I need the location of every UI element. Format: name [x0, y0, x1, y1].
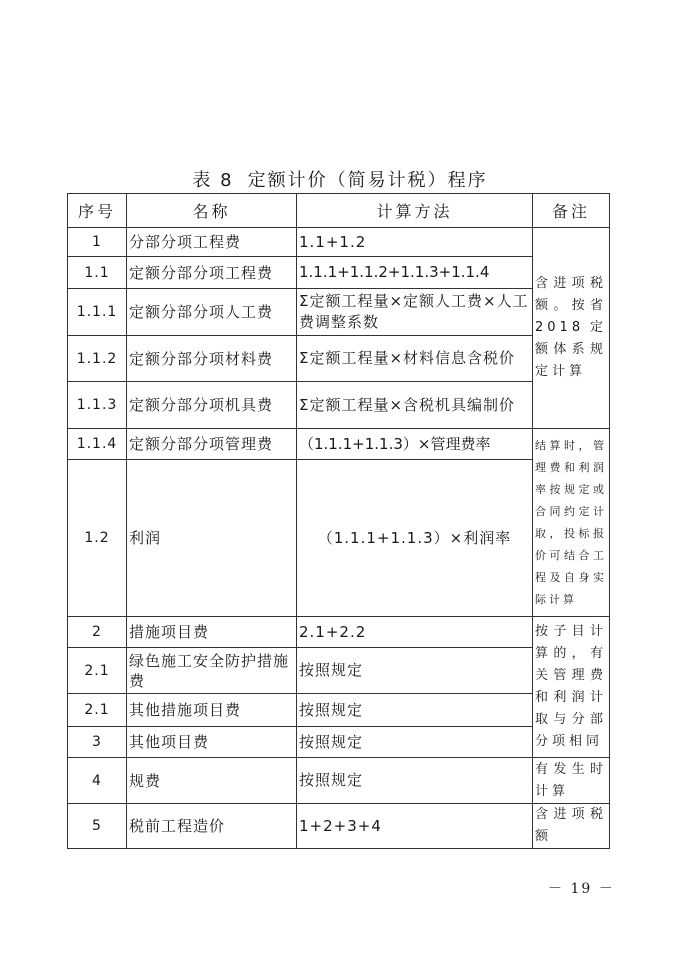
row-no: 1.1.2: [68, 336, 127, 382]
row-method: （1.1.1+1.1.3）×利润率: [297, 460, 533, 617]
table-number: 表 8: [192, 170, 233, 191]
header-no: 序号: [68, 194, 127, 228]
row-method: 2.1+2.2: [297, 617, 533, 648]
table-row: 1.1.2 定额分部分项材料费 Σ定额工程量×材料信息含税价: [68, 336, 610, 382]
row-no: 2: [68, 617, 127, 648]
row-method: （1.1.1+1.1.3）×管理费率: [297, 429, 533, 460]
header-row: 序号 名称 计算方法 备注: [68, 194, 610, 228]
table-row: 1.1.1 定额分部分项人工费 Σ定额工程量×定额人工费×人工费调整系数: [68, 289, 610, 336]
header-name: 名称: [127, 194, 297, 228]
row-remark: 有发生时计算: [533, 758, 610, 804]
row-name: 利润: [127, 460, 297, 617]
table-row: 5 税前工程造价 1+2+3+4 含进项税额: [68, 804, 610, 849]
table-title-text: 定额计价（简易计税）程序: [248, 170, 488, 191]
header-remark: 备注: [533, 194, 610, 228]
row-method: 按照规定: [297, 727, 533, 758]
row-name: 其他措施项目费: [127, 694, 297, 727]
row-method: 1+2+3+4: [297, 804, 533, 849]
table-row: 2.1 绿色施工安全防护措施费 按照规定: [68, 648, 610, 694]
row-name: 定额分部分项人工费: [127, 289, 297, 336]
row-name: 绿色施工安全防护措施费: [127, 648, 297, 694]
row-method: Σ定额工程量×定额人工费×人工费调整系数: [297, 289, 533, 336]
row-method: 按照规定: [297, 694, 533, 727]
row-remark: 含进项税额: [533, 804, 610, 849]
table-row: 1.1 定额分部分项工程费 1.1.1+1.1.2+1.1.3+1.1.4: [68, 257, 610, 289]
table-row: 4 规费 按照规定 有发生时计算: [68, 758, 610, 804]
row-name: 定额分部分项机具费: [127, 382, 297, 429]
table-row: 3 其他项目费 按照规定: [68, 727, 610, 758]
row-method: 按照规定: [297, 648, 533, 694]
pricing-procedure-table: 序号 名称 计算方法 备注 1 分部分项工程费 1.1+1.2 含进项税额。按省…: [67, 193, 610, 849]
table-row: 2.1 其他措施项目费 按照规定: [68, 694, 610, 727]
table-row: 1 分部分项工程费 1.1+1.2 含进项税额。按省2018定额体系规定计算: [68, 228, 610, 257]
row-name: 分部分项工程费: [127, 228, 297, 257]
row-no: 1: [68, 228, 127, 257]
table-row: 1.2 利润 （1.1.1+1.1.3）×利润率: [68, 460, 610, 617]
row-method: 1.1+1.2: [297, 228, 533, 257]
row-no: 1.1: [68, 257, 127, 289]
row-remark: 含进项税额。按省2018定额体系规定计算: [533, 228, 610, 429]
row-name: 其他项目费: [127, 727, 297, 758]
row-method: Σ定额工程量×含税机具编制价: [297, 382, 533, 429]
row-no: 3: [68, 727, 127, 758]
table-row: 1.1.4 定额分部分项管理费 （1.1.1+1.1.3）×管理费率 结算时，管…: [68, 429, 610, 460]
row-method: Σ定额工程量×材料信息含税价: [297, 336, 533, 382]
row-no: 2.1: [68, 694, 127, 727]
row-name: 税前工程造价: [127, 804, 297, 849]
row-method: 1.1.1+1.1.2+1.1.3+1.1.4: [297, 257, 533, 289]
row-no: 1.1.1: [68, 289, 127, 336]
row-name: 定额分部分项工程费: [127, 257, 297, 289]
table-title: 表 8定额计价（简易计税）程序: [0, 166, 680, 192]
row-name: 措施项目费: [127, 617, 297, 648]
row-name: 定额分部分项材料费: [127, 336, 297, 382]
table-row: 2 措施项目费 2.1+2.2 按子目计算的，有关管理费和利润计取与分部分项相同: [68, 617, 610, 648]
row-method: 按照规定: [297, 758, 533, 804]
row-no: 1.1.3: [68, 382, 127, 429]
row-no: 1.1.4: [68, 429, 127, 460]
row-remark: 结算时，管理费和利润率按规定或合同约定计取，投标报价可结合工程及自身实际计算: [533, 429, 610, 617]
row-remark: 按子目计算的，有关管理费和利润计取与分部分项相同: [533, 617, 610, 758]
row-no: 2.1: [68, 648, 127, 694]
header-method: 计算方法: [297, 194, 533, 228]
row-name: 规费: [127, 758, 297, 804]
row-no: 5: [68, 804, 127, 849]
row-name: 定额分部分项管理费: [127, 429, 297, 460]
row-no: 4: [68, 758, 127, 804]
row-no: 1.2: [68, 460, 127, 617]
table-row: 1.1.3 定额分部分项机具费 Σ定额工程量×含税机具编制价: [68, 382, 610, 429]
page-number: － 19 －: [548, 878, 615, 898]
